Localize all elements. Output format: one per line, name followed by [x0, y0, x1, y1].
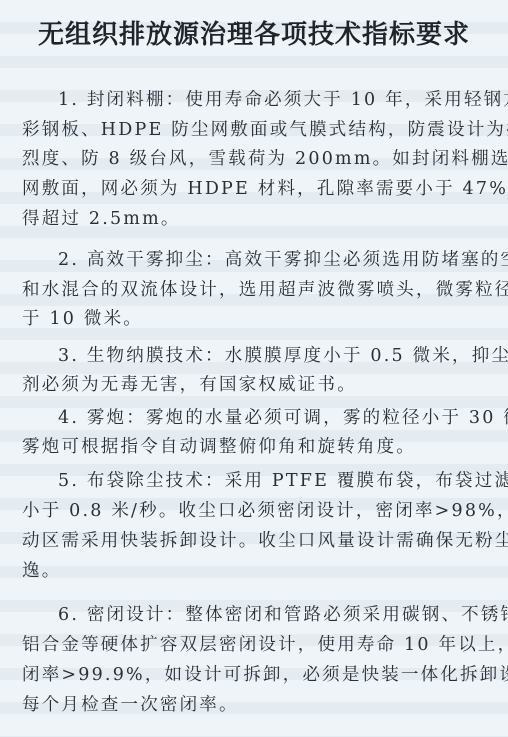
item-5-line-4: 逸。	[22, 560, 492, 582]
item-4-line-1: 4. 雾炮：雾炮的水量必须可调，雾的粒径小于 30 微米。	[58, 407, 492, 429]
item-2-line-3: 于 10 微米。	[22, 308, 492, 330]
item-1-line-3: 烈度、防 8 级台风，雪载荷为 200mm。如封闭料棚选用防尘	[22, 148, 492, 170]
document-title: 无组织排放源治理各项技术指标要求	[0, 14, 508, 51]
item-3-line-1: 3. 生物纳膜技术：水膜膜厚度小于 0.5 微米，抑尘催化	[58, 345, 492, 367]
item-1-line-1: 1. 封闭料棚：使用寿命必须大于 10 年，采用轻钢龙骨，	[58, 89, 492, 111]
item-6-line-3: 闭率>99.9%，如设计可拆卸，必须是快装一体化拆卸设计，	[22, 664, 492, 686]
item-1-line-5: 得超过 2.5mm。	[22, 208, 492, 230]
item-2-line-2: 和水混合的双流体设计，选用超声波微雾喷头，微雾粒径小	[22, 279, 492, 301]
item-4-line-2: 雾炮可根据指令自动调整俯仰角和旋转角度。	[22, 436, 492, 458]
item-6-line-4: 每个月检查一次密闭率。	[22, 694, 492, 716]
item-1-line-2: 彩钢板、HDPE 防尘网敷面或气膜式结构，防震设计为抗 8 级	[22, 119, 492, 141]
item-5-line-1: 5. 布袋除尘技术：采用 PTFE 覆膜布袋，布袋过滤风速	[58, 470, 492, 492]
item-3-line-2: 剂必须为无毒无害，有国家权威证书。	[22, 374, 492, 396]
item-1-line-4: 网敷面，网必须为 HDPE 材料，孔隙率需要小于 47%，孔径不	[22, 178, 492, 200]
item-5-line-2: 小于 0.8 米/秒。收尘口必须密闭设计，密闭率>98%，在活	[22, 500, 492, 522]
item-6-line-1: 6. 密闭设计：整体密闭和管路必须采用碳钢、不锈钢或	[58, 604, 492, 626]
item-5-line-3: 动区需采用快装拆卸设计。收尘口风量设计需确保无粉尘外	[22, 530, 492, 552]
item-6-line-2: 铝合金等硬体扩容双层密闭设计，使用寿命 10 年以上，密	[22, 634, 492, 656]
item-2-line-1: 2. 高效干雾抑尘：高效干雾抑尘必须选用防堵塞的空气	[58, 249, 492, 271]
